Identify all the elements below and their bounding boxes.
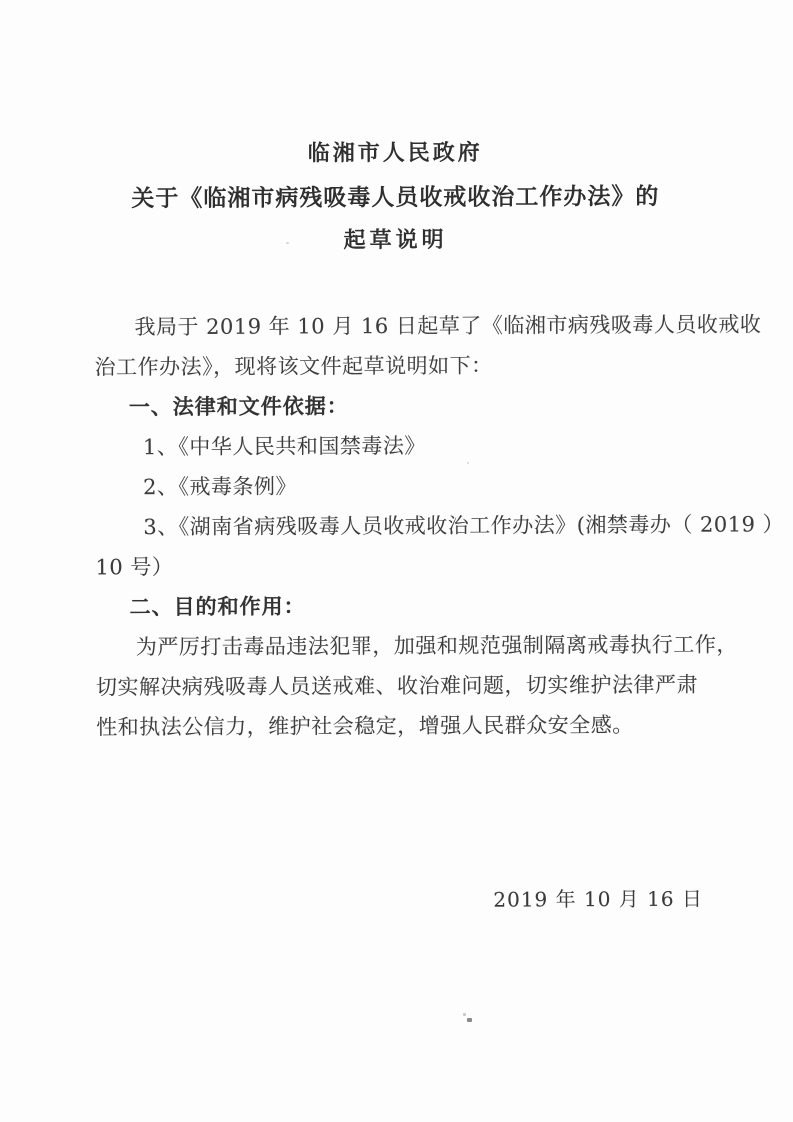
scanned-document-content: 临湘市人民政府 关于《临湘市病残吸毒人员收戒收治工作办法》的 起草说明 我局于 … xyxy=(0,0,793,915)
title-line-issuer: 临湘市人民政府 xyxy=(0,138,792,168)
body-line: 我局于 2019 年 10 月 16 日起草了《临湘市病残吸毒人员收戒收 xyxy=(94,305,728,348)
scan-speck xyxy=(467,1018,472,1022)
scan-speck xyxy=(286,242,289,244)
document-body: 我局于 2019 年 10 月 16 日起草了《临湘市病残吸毒人员收戒收 治工作… xyxy=(94,305,730,748)
section-heading-purpose: 二、目的和作用： xyxy=(96,585,730,628)
body-line: 治工作办法》，现将该文件起草说明如下： xyxy=(95,345,729,388)
title-line-subject: 关于《临湘市病残吸毒人员收戒收治工作办法》的 xyxy=(0,182,792,213)
scan-speck xyxy=(463,1013,466,1016)
document-title: 临湘市人民政府 关于《临湘市病残吸毒人员收戒收治工作办法》的 起草说明 xyxy=(0,138,792,255)
document-date: 2019 年 10 月 16 日 xyxy=(2,882,793,914)
document-page: 临湘市人民政府 关于《临湘市病残吸毒人员收戒收治工作办法》的 起草说明 我局于 … xyxy=(0,0,793,1122)
list-item: 1、《中华人民共和国禁毒法》 xyxy=(95,425,729,468)
section-heading-legal-basis: 一、法律和文件依据： xyxy=(95,385,729,428)
body-line: 为严厉打击毒品违法犯罪，加强和规范强制隔离戒毒执行工作， xyxy=(96,625,730,668)
body-line: 性和执法公信力，维护社会稳定，增强人民群众安全感。 xyxy=(96,705,730,748)
title-line-doc-type: 起草说明 xyxy=(0,225,792,255)
scan-speck xyxy=(467,462,469,464)
list-item-continuation: 10 号） xyxy=(95,545,729,588)
list-item: 2、《戒毒条例》 xyxy=(95,465,729,508)
body-line: 切实解决病残吸毒人员送戒难、收治难问题，切实维护法律严肃 xyxy=(96,665,730,708)
list-item: 3、《湖南省病残吸毒人员收戒收治工作办法》(湘禁毒办（ 2019 ） xyxy=(95,505,729,548)
